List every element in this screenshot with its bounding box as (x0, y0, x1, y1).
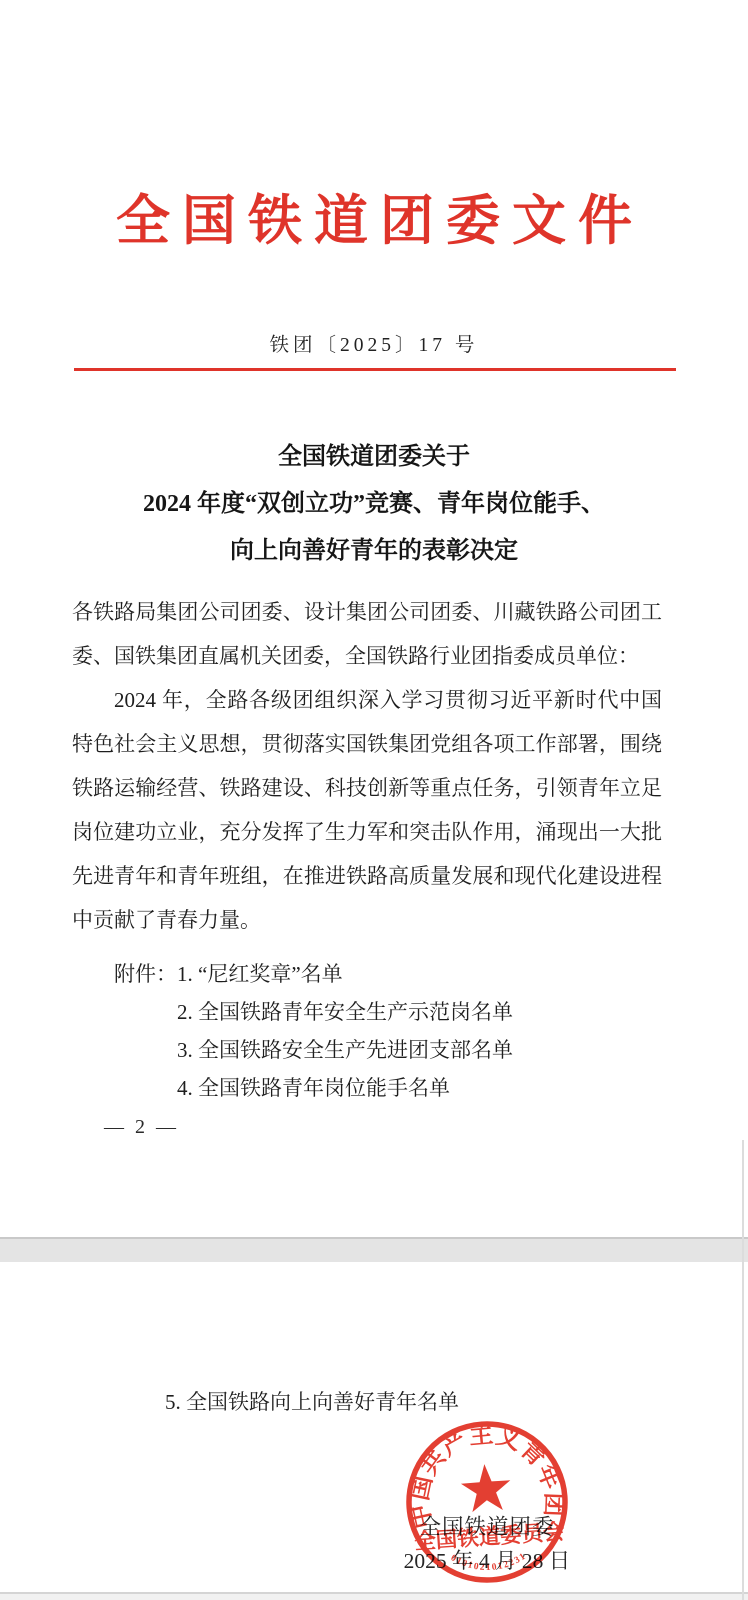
attachment-item: 2. 全国铁路青年安全生产示范岗名单 (177, 993, 513, 1031)
page-separator (0, 1237, 748, 1262)
red-divider-line (74, 368, 676, 371)
next-page-edge (0, 1592, 748, 1600)
document-header-title: 全国铁道团委文件 (0, 188, 748, 254)
title-line: 2024 年度“双创立功”竞赛、青年岗位能手、 (30, 481, 718, 528)
body-paragraph: 2024 年，全路各级团组织深入学习贯彻习近平新时代中国特色社会主义思想，贯彻落… (72, 678, 662, 942)
salutation-line: 各铁路局集团公司团委、设计集团公司团委、川藏铁路公司团工委、国铁集团直属机关团委… (72, 590, 662, 678)
attachments-list: 1. “尼红奖章”名单 2. 全国铁路青年安全生产示范岗名单 3. 全国铁路安全… (177, 955, 513, 1107)
star-icon (460, 1462, 513, 1512)
title-line: 全国铁道团委关于 (30, 434, 718, 481)
attachments-block: 附件： 1. “尼红奖章”名单 2. 全国铁路青年安全生产示范岗名单 3. 全国… (114, 955, 513, 1107)
attachment-item-5: 5. 全国铁路向上向善好青年名单 (165, 1386, 459, 1416)
document-viewer: 全国铁道团委文件 铁团〔2025〕17 号 全国铁道团委关于 2024 年度“双… (0, 0, 748, 1600)
page-number: — 2 — (104, 1116, 179, 1139)
official-seal-stamp: 中国共产主义青年团 全国铁道委员会 0101021012231 (397, 1412, 576, 1591)
attachment-item: 3. 全国铁路安全生产先进团支部名单 (177, 1031, 513, 1069)
attachment-item: 1. “尼红奖章”名单 (177, 955, 513, 993)
attachment-item: 4. 全国铁路青年岗位能手名单 (177, 1069, 513, 1107)
page-right-edge (742, 1140, 744, 1600)
title-line: 向上向善好青年的表彰决定 (30, 528, 718, 575)
document-number: 铁团〔2025〕17 号 (0, 329, 748, 357)
attachments-label: 附件： (114, 955, 177, 1107)
document-title: 全国铁道团委关于 2024 年度“双创立功”竞赛、青年岗位能手、 向上向善好青年… (30, 434, 718, 575)
